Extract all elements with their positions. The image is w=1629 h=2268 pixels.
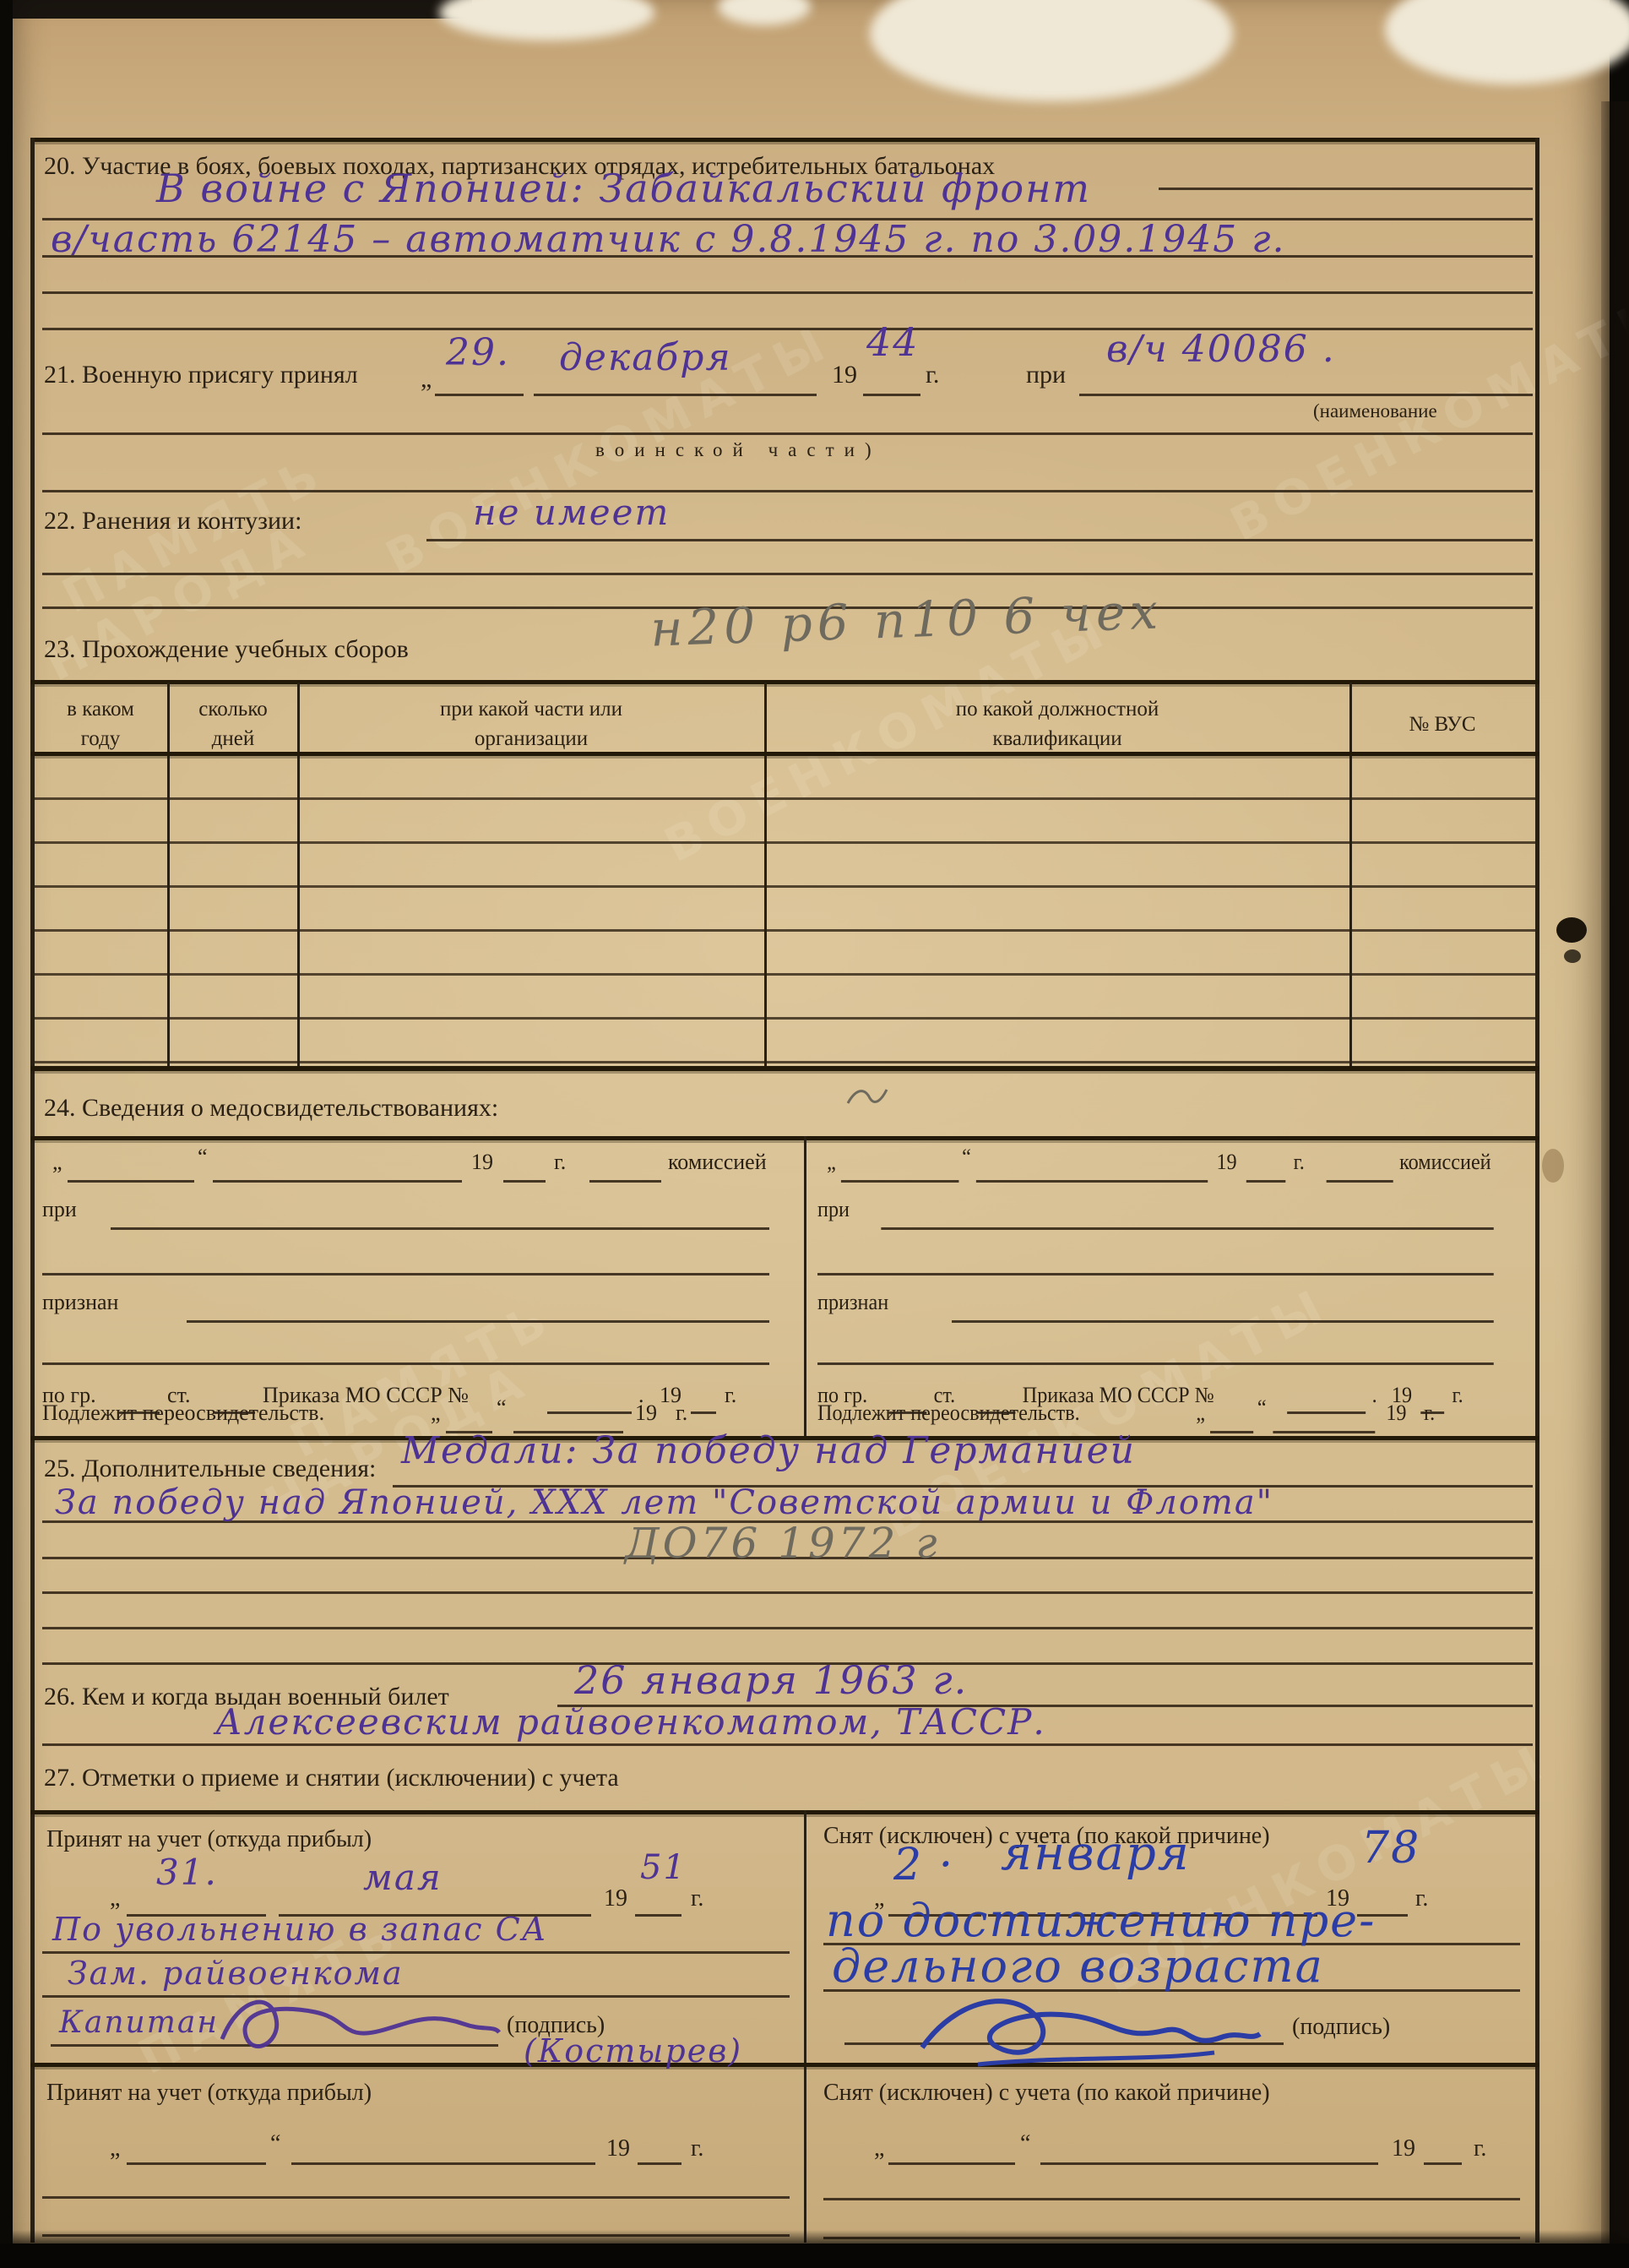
ruled-line xyxy=(1327,1180,1393,1183)
ruled-line xyxy=(817,1362,1494,1365)
ruled-line xyxy=(888,2162,1015,2165)
accepted-day: 31. xyxy=(156,1852,218,1893)
commission-label: комиссией xyxy=(668,1150,767,1175)
ruled-line xyxy=(213,1180,462,1183)
ruled-line xyxy=(42,1591,1533,1594)
field-label-23: 23. Прохождение учебных сборов xyxy=(44,635,409,664)
open-quote: „ xyxy=(421,365,432,394)
priznan-label: признан xyxy=(42,1290,118,1315)
ruled-line xyxy=(976,1180,1208,1183)
ruled-line xyxy=(127,2162,266,2165)
pri-label: при xyxy=(42,1197,77,1222)
ruled-line xyxy=(841,1180,959,1183)
oath-year: 44 xyxy=(866,319,920,365)
scan-edge-left xyxy=(0,0,13,2268)
oath-day: 29. xyxy=(446,331,510,374)
ruled-line xyxy=(291,2162,595,2165)
year-prefix: 19 xyxy=(604,1885,627,1912)
table-header-line: году xyxy=(34,724,167,753)
ruled-line xyxy=(42,1273,769,1275)
ruled-line xyxy=(534,394,817,396)
year-prefix: 19 xyxy=(1386,1401,1406,1426)
commission-label: комиссией xyxy=(1399,1150,1491,1175)
accepted-label-2: Принят на учет (откуда прибыл) xyxy=(46,2080,372,2107)
podlezhit-label-left: Подлежит переосвидетельств. xyxy=(42,1401,324,1426)
table-border-bottom xyxy=(30,1066,1539,1071)
ruled-line xyxy=(1287,1411,1366,1414)
table-header-line: при какой части или xyxy=(300,694,763,724)
table-header-qualification: по какой должностной квалификации xyxy=(767,694,1348,753)
scan-edge-bottom xyxy=(0,2244,1629,2268)
handwritten-entry-20-line1: В войне с Японией: Забайкальский фронт xyxy=(156,166,1091,211)
scan-edge-right xyxy=(1601,101,1629,2268)
handwritten-entry-25-line2: За победу над Японией, ХХХ лет "Советско… xyxy=(55,1483,1273,1522)
removed-day: 2 · xyxy=(893,1840,954,1890)
field-label-27: 27. Отметки о приеме и снятии (исключени… xyxy=(44,1764,619,1792)
close-quote: “ xyxy=(497,1395,507,1421)
table-header-vus: № ВУС xyxy=(1351,710,1534,739)
open-quote: „ xyxy=(110,1885,120,1912)
open-quote: „ xyxy=(1196,1401,1205,1426)
priznan-label: признан xyxy=(817,1290,888,1315)
close-quote: “ xyxy=(198,1145,208,1170)
year-suffix: г. xyxy=(1294,1150,1305,1175)
open-quote: „ xyxy=(52,1150,62,1175)
ruled-line xyxy=(42,1627,1533,1629)
caption-naimenovanie: (наименование xyxy=(1313,400,1437,422)
accepted-label: Принят на учет (откуда прибыл) xyxy=(46,1826,372,1853)
table-header-line: дней xyxy=(169,724,297,753)
open-quote: „ xyxy=(110,2135,120,2162)
ruled-line xyxy=(547,1411,632,1414)
year-prefix: 19 xyxy=(832,361,857,389)
ruled-line xyxy=(1040,2162,1378,2165)
oath-unit: в/ч 40086 . xyxy=(1106,328,1336,371)
ruled-line xyxy=(823,2198,1520,2200)
close-quote: “ xyxy=(962,1145,971,1170)
removed-month: января xyxy=(1001,1826,1191,1881)
ruled-line xyxy=(42,1743,1533,1746)
table-header-line: в каком xyxy=(34,694,167,724)
punch-hole xyxy=(1556,917,1587,943)
registry-row-divider xyxy=(30,2063,1539,2067)
pencil-note-25: ДО76 1972 г xyxy=(625,1519,941,1568)
table-header-days: сколько дней xyxy=(169,694,297,753)
accepted-month: мая xyxy=(363,1857,443,1898)
ruled-line xyxy=(863,394,920,396)
year-suffix: г. xyxy=(554,1150,566,1175)
pri-label: при xyxy=(1026,361,1066,389)
ruled-line xyxy=(187,1320,769,1323)
section-divider xyxy=(30,1810,1539,1814)
year-suffix: г. xyxy=(1452,1383,1463,1408)
table-header-year: в каком году xyxy=(34,694,167,753)
year-suffix: г. xyxy=(676,1401,687,1426)
year-prefix: 19 xyxy=(1216,1150,1236,1175)
ruled-line xyxy=(68,1180,194,1183)
table-column-line xyxy=(1349,683,1352,1066)
ruled-line xyxy=(1210,1431,1253,1433)
table-empty-rows xyxy=(33,756,1535,1064)
year-suffix: г. xyxy=(691,1885,703,1912)
year-suffix: г. xyxy=(725,1383,736,1408)
oath-month: декабря xyxy=(559,336,732,379)
year-suffix: г. xyxy=(1424,1401,1435,1426)
ruled-line xyxy=(638,2162,681,2165)
ruled-line xyxy=(952,1320,1494,1323)
registry-column-divider xyxy=(804,1810,806,2243)
pencil-check-mark xyxy=(844,1083,890,1110)
ruled-line xyxy=(42,1951,790,1954)
table-header-line: организации xyxy=(300,724,763,753)
handwritten-entry-22: не имеет xyxy=(473,492,670,533)
close-quote: “ xyxy=(1020,2130,1030,2157)
signature-name: (Костырев) xyxy=(524,2032,742,2069)
ruled-line xyxy=(42,432,1533,435)
pri-label: при xyxy=(817,1197,850,1222)
ruled-line xyxy=(817,1273,1494,1275)
open-quote: „ xyxy=(431,1401,441,1426)
year-prefix: 19 xyxy=(1392,2135,1415,2162)
ruled-line xyxy=(881,1227,1493,1230)
field-label-25: 25. Дополнительные сведения: xyxy=(44,1455,376,1483)
open-quote: „ xyxy=(874,2135,884,2162)
signature-scribble xyxy=(912,1985,1267,2074)
scanned-document-page: { "watermark": {"a": "ПАМЯТЬ", "b": "НАР… xyxy=(0,0,1629,2268)
year-prefix: 19 xyxy=(471,1150,493,1175)
handwritten-entry-20-line2: в/часть 62145 – автоматчик с 9.8.1945 г.… xyxy=(51,218,1285,261)
year-suffix: г. xyxy=(691,2135,703,2162)
close-quote: “ xyxy=(1257,1395,1267,1421)
table-header-line: № ВУС xyxy=(1351,710,1534,739)
removed-label-2: Снят (исключен) с учета (по какой причин… xyxy=(823,2080,1270,2107)
year-prefix: 19 xyxy=(606,2135,630,2162)
paper-stain xyxy=(1542,1149,1564,1183)
removed-year: 78 xyxy=(1361,1823,1420,1874)
field-label-21: 21. Военную присягу принял xyxy=(44,361,358,389)
ruled-line xyxy=(42,490,1533,492)
table-header-unit: при какой части или организации xyxy=(300,694,763,753)
accepted-rank: Капитан xyxy=(59,2005,219,2040)
punch-hole xyxy=(1564,949,1581,963)
close-quote: “ xyxy=(270,2130,280,2157)
ruled-line xyxy=(42,1362,769,1365)
form-border-top xyxy=(30,138,1539,142)
ruled-line xyxy=(426,539,1533,541)
ruled-line xyxy=(1159,188,1533,190)
medical-column-left: „ “ 19 г. комиссией при признан по гр. с… xyxy=(30,1136,804,1436)
accepted-reason-line1: По увольнению в запас СА xyxy=(52,1911,548,1948)
table-header-line: по какой должностной xyxy=(767,694,1348,724)
year-suffix: г. xyxy=(1415,1885,1428,1912)
field-label-22: 22. Ранения и контузии: xyxy=(44,507,301,536)
ruled-line xyxy=(111,1227,769,1230)
field-label-24: 24. Сведения о медосвидетельствованиях: xyxy=(44,1094,498,1123)
ruled-line xyxy=(589,1180,661,1183)
table-border-top xyxy=(30,680,1539,684)
open-quote: „ xyxy=(827,1150,836,1175)
year-suffix: г. xyxy=(926,361,939,389)
ruled-line xyxy=(42,291,1533,294)
ruled-line xyxy=(1273,1431,1375,1433)
ruled-line xyxy=(1079,394,1533,396)
table-header-line: квалификации xyxy=(767,724,1348,753)
billet-issuer: Алексеевским райвоенкоматом, ТАССР. xyxy=(215,1701,1046,1743)
ruled-line xyxy=(42,2196,790,2199)
ruled-line xyxy=(435,394,524,396)
form-border-right xyxy=(1535,138,1539,2243)
ruled-line xyxy=(691,1411,716,1414)
podlezhit-label: Подлежит переосвидетельств. xyxy=(817,1401,1080,1426)
dot: . xyxy=(1372,1383,1377,1408)
signature-caption: (подпись) xyxy=(1292,2014,1390,2041)
handwritten-entry-25-line1: Медали: За победу над Германией xyxy=(401,1429,1136,1472)
year-prefix: 19 xyxy=(635,1401,657,1426)
accepted-year: 51 xyxy=(640,1848,687,1887)
ruled-line xyxy=(635,1914,681,1917)
caption-voinskoy-chasti: воинской части) xyxy=(595,439,882,461)
scan-edge-top xyxy=(12,0,472,19)
ruled-line xyxy=(1424,2162,1462,2165)
ruled-line xyxy=(503,1180,546,1183)
ruled-line xyxy=(42,573,1533,575)
billet-issue-date: 26 января 1963 г. xyxy=(574,1657,968,1703)
signature-scribble xyxy=(215,1987,502,2063)
ruled-line xyxy=(1246,1180,1286,1183)
year-suffix: г. xyxy=(1474,2135,1486,2162)
medical-column-right: „ “ 19 г. комиссией при признан по гр. с… xyxy=(806,1136,1526,1436)
table-header-line: сколько xyxy=(169,694,297,724)
